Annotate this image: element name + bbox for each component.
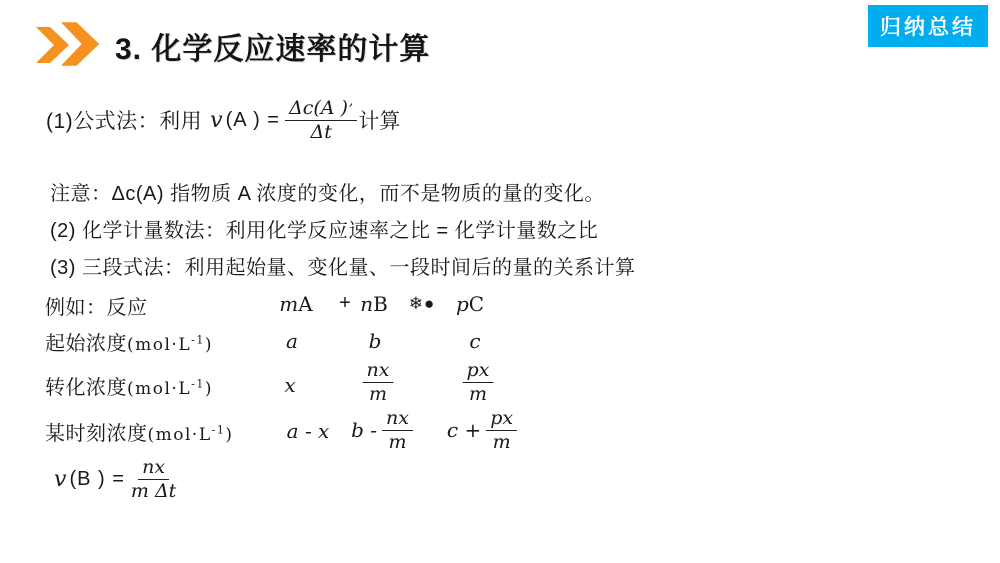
note-three-stage-method: (3) 三段式法：利用起始量、变化量、一段时间后的量的关系计算 (50, 251, 636, 280)
moment-conc-B: b -nxm (351, 408, 413, 453)
converted-conc-A: x (284, 373, 295, 397)
rate-variable-B: v (54, 467, 66, 492)
summary-badge: 归纳总结 (868, 5, 988, 47)
delta-c-over-delta-t-fraction: Δc(A ), Δt (285, 98, 357, 143)
unit-mol-per-L: (mol·L-1) (127, 379, 213, 399)
initial-conc-C: c (469, 329, 480, 353)
fraction-numerator: Δc(A ), (285, 98, 357, 121)
formula-rate-definition: (1)公式法：利用 v (A ) = Δc(A ), Δt 计算 (46, 94, 400, 146)
initial-conc-B: b (369, 329, 382, 353)
unit-mol-per-L: (mol·L-1) (127, 335, 213, 355)
reaction-term-nB: nB (360, 292, 388, 317)
reaction-plus-sign: + (339, 292, 351, 315)
double-chevron-icon (34, 20, 110, 68)
reaction-term-mA: mA (279, 292, 312, 317)
row-moment-concentration-label: 某时刻浓度(mol·L-1) (45, 417, 233, 446)
converted-conc-C: pxm (463, 360, 494, 405)
stray-tick-mark: , (349, 93, 353, 109)
formula-rate-of-B: v (B ) = nx m Δt (54, 455, 176, 503)
example-reaction-label: 例如：反应 (45, 291, 148, 320)
reaction-arrow-glyph: ❄● (409, 294, 436, 314)
formula1-prefix: (1)公式法：利用 (46, 105, 202, 135)
row-converted-concentration-label: 转化浓度(mol·L-1) (45, 371, 213, 400)
slide-canvas: 3. 化学反应速率的计算 归纳总结 (1)公式法：利用 v (A ) = Δc(… (0, 0, 1000, 563)
reaction-term-pC: pC (456, 292, 484, 317)
moment-conc-C: c +pxm (447, 408, 517, 453)
converted-conc-B: nxm (363, 360, 394, 405)
nx-over-m-delta-t-fraction: nx m Δt (131, 457, 176, 502)
fraction-denominator: Δt (310, 121, 331, 143)
formula1-suffix: 计算 (358, 105, 400, 135)
unit-mol-per-L: (mol·L-1) (148, 425, 234, 445)
formula2-arg-equals: (B ) = (69, 468, 124, 491)
row-initial-concentration-label: 起始浓度(mol·L-1) (45, 327, 213, 356)
slide-title: 3. 化学反应速率的计算 (115, 24, 430, 68)
rate-variable: v (210, 108, 222, 133)
initial-conc-A: a (286, 329, 298, 353)
moment-conc-A: a - x (287, 419, 330, 443)
note-delta-c-meaning: 注意：Δc(A) 指物质 A 浓度的变化，而不是物质的量的变化。 (50, 177, 605, 206)
note-stoichiometric-method: (2) 化学计量数法：利用化学反应速率之比 = 化学计量数之比 (50, 214, 598, 243)
formula1-arg-equals: (A ) = (226, 109, 280, 132)
